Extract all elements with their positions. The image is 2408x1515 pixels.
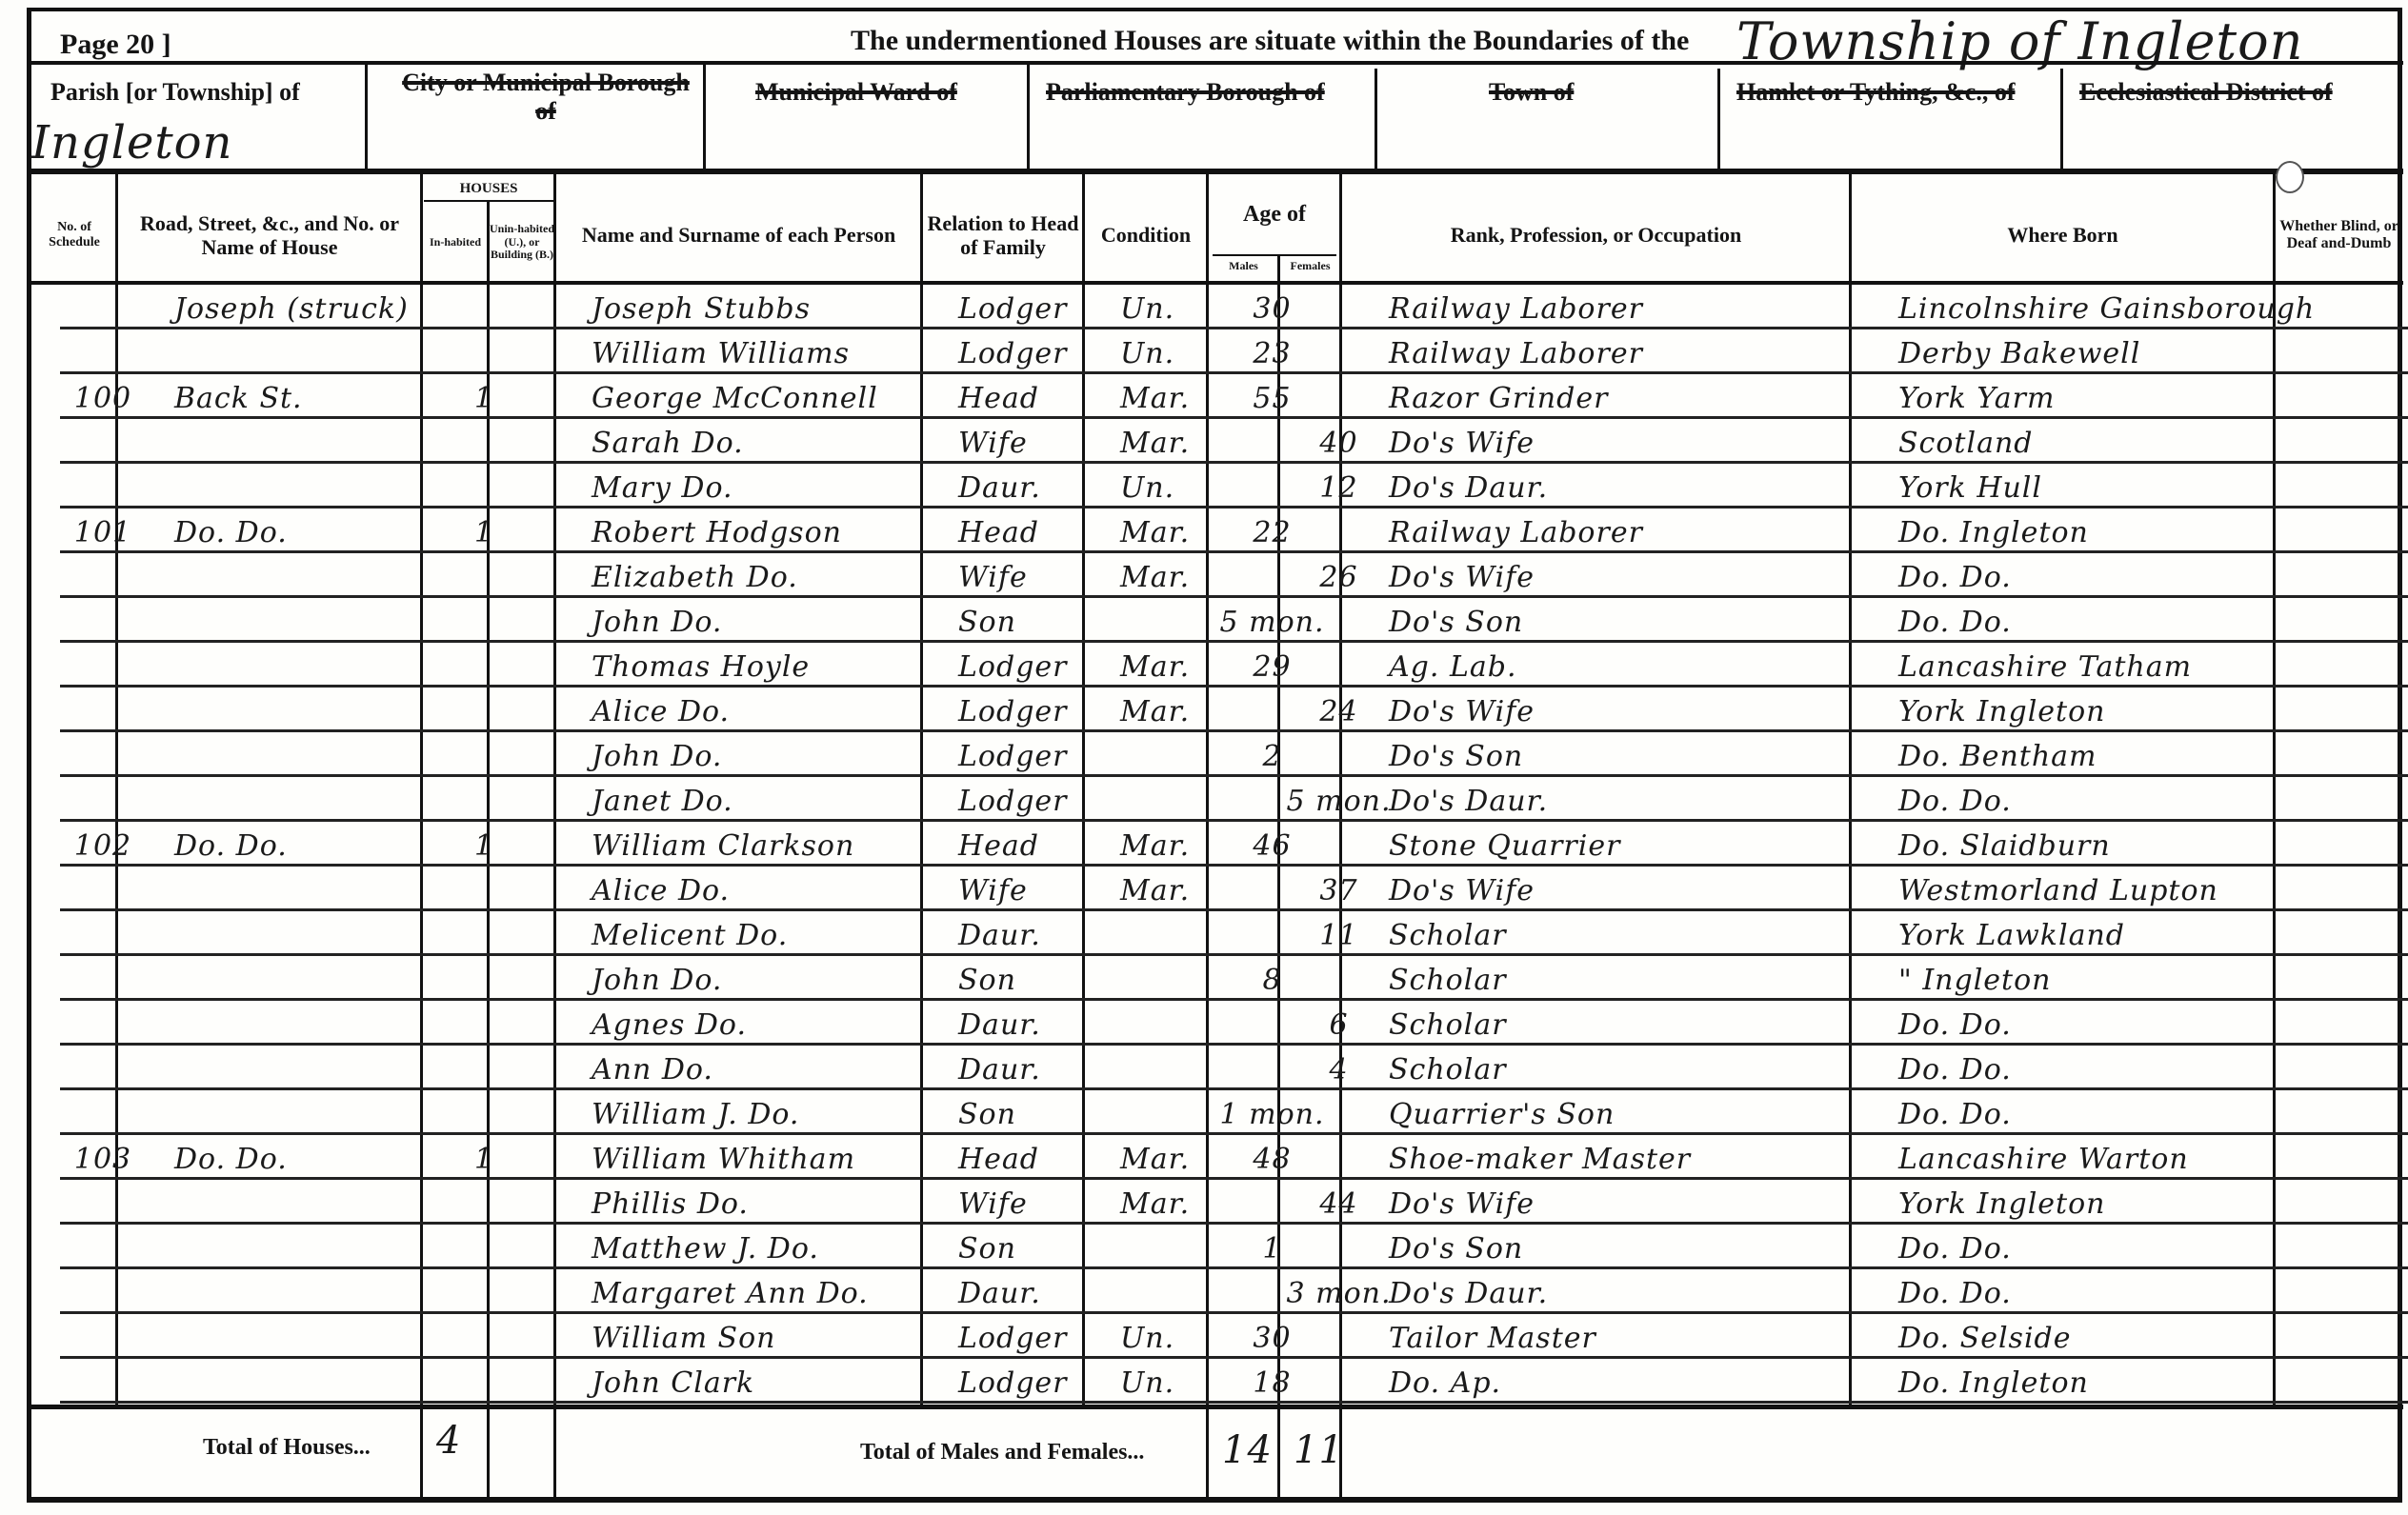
col-born: Where Born [1851,188,2275,283]
division-parish-value: Ingleton [31,116,232,169]
blind-deaf [2303,732,2408,777]
birthplace: York Lawkland [1879,911,2303,956]
occupation: Do's Wife [1370,419,1879,464]
female-age: 6 [1308,1001,1370,1046]
condition: Mar. [1113,553,1236,598]
birthplace: Lancashire Warton [1879,1135,2303,1180]
condition [1113,598,1236,643]
col-name: Name and Surname of each Person [555,188,922,283]
blind-deaf [2303,1180,2408,1225]
inhabited-count [451,956,517,1001]
occupation: Railway Laborer [1370,329,1879,374]
divider [1375,69,1377,169]
birthplace: York Ingleton [1879,1180,2303,1225]
relation: Daur. [951,464,1113,508]
road-name [146,911,451,956]
schedule-number [60,1359,146,1404]
road-name [146,1314,451,1359]
road-name [146,688,451,732]
inhabited-count [451,1225,517,1269]
inhabited-count [451,1269,517,1314]
inhabited-count [451,553,517,598]
condition: Un. [1113,285,1236,329]
col-inhabited: In-habited [422,202,489,283]
road-name [146,1180,451,1225]
inhabited-count: 1 [451,374,517,419]
col-age: Age of [1208,202,1341,228]
condition: Un. [1113,464,1236,508]
blind-deaf [2303,1001,2408,1046]
table-row: 103Do. Do.1William WhithamHeadMar.48Shoe… [60,1135,2408,1180]
total-females-value: 11 [1294,1428,1344,1472]
birthplace: York Ingleton [1879,688,2303,732]
person-name: Melicent Do. [584,911,951,956]
uninhabited-count [517,1090,584,1135]
relation: Daur. [951,911,1113,956]
male-age [1236,464,1308,508]
page-number: Page 20 ] [60,29,171,61]
relation: Lodger [951,285,1113,329]
occupation: Do's Daur. [1370,1269,1879,1314]
uninhabited-count [517,419,584,464]
condition: Un. [1113,329,1236,374]
relation: Head [951,508,1113,553]
col-road: Road, Street, &c., and No. or Name of Ho… [117,188,422,283]
relation: Wife [951,1180,1113,1225]
condition: Mar. [1113,419,1236,464]
occupation: Shoe-maker Master [1370,1135,1879,1180]
relation: Wife [951,553,1113,598]
table-row: Janet Do.Lodger5 mon.Do's Daur.Do. Do. [60,777,2408,822]
table-row: Alice Do.WifeMar.37Do's WifeWestmorland … [60,867,2408,911]
inhabited-count [451,911,517,956]
inhabited-count [451,1180,517,1225]
inhabited-count [451,867,517,911]
person-name: John Do. [584,598,951,643]
uninhabited-count [517,1180,584,1225]
occupation: Do's Wife [1370,553,1879,598]
blind-deaf [2303,285,2408,329]
person-name: Mary Do. [584,464,951,508]
division-town: Town of [1489,78,1574,107]
uninhabited-count [517,285,584,329]
division-ecclesiastical: Ecclesiastical District of [2079,78,2333,107]
female-age [1308,1225,1370,1269]
relation: Daur. [951,1001,1113,1046]
total-males-value: 14 [1222,1428,1273,1472]
table-row: Elizabeth Do.WifeMar.26Do's WifeDo. Do. [60,553,2408,598]
col-females: Females [1279,259,1341,273]
blind-deaf [2303,1046,2408,1090]
occupation: Do's Wife [1370,1180,1879,1225]
female-age: 40 [1308,419,1370,464]
male-age: 48 [1236,1135,1308,1180]
uninhabited-count [517,688,584,732]
relation: Lodger [951,732,1113,777]
person-name: Alice Do. [584,688,951,732]
birthplace: Do. Do. [1879,1269,2303,1314]
total-persons-label: Total of Males and Females... [860,1440,1144,1465]
table-row: Joseph (struck)Joseph StubbsLodgerUn.30R… [60,285,2408,329]
col-houses: HOUSES [422,181,555,197]
road-name [146,464,451,508]
relation: Lodger [951,1359,1113,1404]
relation: Head [951,374,1113,419]
table-row: Agnes Do.Daur.6ScholarDo. Do. [60,1001,2408,1046]
male-age: 5 mon. [1236,598,1308,643]
person-name: Elizabeth Do. [584,553,951,598]
female-age: 4 [1308,1046,1370,1090]
condition [1113,777,1236,822]
relation: Wife [951,419,1113,464]
divider [2060,69,2063,169]
divider [31,169,2403,174]
road-name: Joseph (struck) [146,285,451,329]
male-age [1236,911,1308,956]
condition: Mar. [1113,688,1236,732]
condition [1113,956,1236,1001]
schedule-number [60,1269,146,1314]
uninhabited-count [517,777,584,822]
inhabited-count [451,285,517,329]
male-age [1236,1046,1308,1090]
inhabited-count [451,598,517,643]
road-name: Do. Do. [146,822,451,867]
male-age: 1 [1236,1225,1308,1269]
relation: Head [951,822,1113,867]
person-name: Ann Do. [584,1046,951,1090]
division-borough: City or Municipal Borough of [393,69,698,126]
male-age: 30 [1236,1314,1308,1359]
occupation: Stone Quarrier [1370,822,1879,867]
inhabited-count [451,1001,517,1046]
male-age: 2 [1236,732,1308,777]
birthplace: Do. Slaidburn [1879,822,2303,867]
table-row: Margaret Ann Do.Daur.3 mon.Do's Daur.Do.… [60,1269,2408,1314]
road-name [146,1225,451,1269]
road-name [146,553,451,598]
male-age [1236,867,1308,911]
road-name [146,598,451,643]
col-condition: Condition [1084,188,1208,283]
birthplace: Do. Do. [1879,777,2303,822]
male-age [1236,1180,1308,1225]
person-name: John Do. [584,732,951,777]
blind-deaf [2303,688,2408,732]
schedule-number: 102 [60,822,146,867]
road-name [146,777,451,822]
male-age: 18 [1236,1359,1308,1404]
table-row: John Do.Son8Scholar" Ingleton [60,956,2408,1001]
col-relation: Relation to Head of Family [922,188,1084,283]
relation: Lodger [951,777,1113,822]
occupation: Do's Son [1370,1225,1879,1269]
relation: Lodger [951,329,1113,374]
condition: Mar. [1113,508,1236,553]
blind-deaf [2303,374,2408,419]
uninhabited-count [517,867,584,911]
table-row: William SonLodgerUn.30Tailor MasterDo. S… [60,1314,2408,1359]
inhabited-count [451,732,517,777]
road-name: Do. Do. [146,1135,451,1180]
male-age [1236,419,1308,464]
uninhabited-count [517,643,584,688]
occupation: Quarrier's Son [1370,1090,1879,1135]
division-hamlet: Hamlet or Tything, &c., of [1736,78,2015,107]
road-name [146,867,451,911]
road-name: Back St. [146,374,451,419]
person-name: Phillis Do. [584,1180,951,1225]
occupation: Do's Wife [1370,688,1879,732]
occupation: Railway Laborer [1370,285,1879,329]
schedule-number [60,1090,146,1135]
divider [365,64,368,169]
birthplace: Do. Do. [1879,553,2303,598]
inhabited-count [451,464,517,508]
division-parliamentary: Parliamentary Borough of [1046,78,1325,107]
male-age: 8 [1236,956,1308,1001]
uninhabited-count [517,1001,584,1046]
birthplace: Do. Do. [1879,1225,2303,1269]
inhabited-count: 1 [451,822,517,867]
blind-deaf [2303,598,2408,643]
uninhabited-count [517,1225,584,1269]
male-age [1236,688,1308,732]
person-name: Alice Do. [584,867,951,911]
road-name [146,1090,451,1135]
schedule-number: 103 [60,1135,146,1180]
occupation: Do's Daur. [1370,464,1879,508]
schedule-number [60,1314,146,1359]
person-name: John Clark [584,1359,951,1404]
uninhabited-count [517,1269,584,1314]
person-name: William Clarkson [584,822,951,867]
occupation: Ag. Lab. [1370,643,1879,688]
uninhabited-count [517,732,584,777]
relation: Lodger [951,1314,1113,1359]
birthplace: Westmorland Lupton [1879,867,2303,911]
schedule-number [60,1001,146,1046]
table-row: Alice Do.LodgerMar.24Do's WifeYork Ingle… [60,688,2408,732]
inhabited-count [451,419,517,464]
relation: Wife [951,867,1113,911]
table-row: 102Do. Do.1William ClarksonHeadMar.46Sto… [60,822,2408,867]
relation: Daur. [951,1046,1113,1090]
female-age [1308,822,1370,867]
schedule-number [60,956,146,1001]
person-name: Margaret Ann Do. [584,1269,951,1314]
female-age: 11 [1308,911,1370,956]
divider [703,64,706,169]
relation: Son [951,956,1113,1001]
division-parish: Parish [or Township] of [50,78,300,107]
schedule-number: 100 [60,374,146,419]
male-age: 29 [1236,643,1308,688]
road-name [146,732,451,777]
condition [1113,732,1236,777]
female-age: 3 mon. [1308,1269,1370,1314]
relation: Lodger [951,688,1113,732]
occupation: Do. Ap. [1370,1359,1879,1404]
female-age: 12 [1308,464,1370,508]
blind-deaf [2303,822,2408,867]
person-name: Robert Hodgson [584,508,951,553]
male-age: 46 [1236,822,1308,867]
birthplace: Do. Bentham [1879,732,2303,777]
table-row: William J. Do.Son1 mon.Quarrier's SonDo.… [60,1090,2408,1135]
total-houses-label: Total of Houses... [203,1435,371,1461]
blind-deaf [2303,1314,2408,1359]
person-name: John Do. [584,956,951,1001]
table-row: 101Do. Do.1Robert HodgsonHeadMar.22Railw… [60,508,2408,553]
road-name [146,956,451,1001]
uninhabited-count [517,1359,584,1404]
person-name: Sarah Do. [584,419,951,464]
occupation: Scholar [1370,956,1879,1001]
col-males: Males [1208,259,1279,273]
road-name [146,1046,451,1090]
female-age [1308,598,1370,643]
table-row: Melicent Do.Daur.11ScholarYork Lawkland [60,911,2408,956]
female-age [1308,1090,1370,1135]
division-ward: Municipal Ward of [755,78,957,107]
table-row: Mary Do.Daur.Un.12Do's Daur.York Hull [60,464,2408,508]
table-row: Phillis Do.WifeMar.44Do's WifeYork Ingle… [60,1180,2408,1225]
occupation: Do's Son [1370,598,1879,643]
uninhabited-count [517,1046,584,1090]
female-age: 26 [1308,553,1370,598]
person-name: William J. Do. [584,1090,951,1135]
person-name: Joseph Stubbs [584,285,951,329]
female-age: 44 [1308,1180,1370,1225]
male-age [1236,1001,1308,1046]
divider [1027,64,1030,169]
uninhabited-count [517,329,584,374]
male-age: 22 [1236,508,1308,553]
birthplace: Do. Do. [1879,598,2303,643]
person-name: William Williams [584,329,951,374]
condition [1113,1001,1236,1046]
col-occupation: Rank, Profession, or Occupation [1341,188,1851,283]
male-age: 30 [1236,285,1308,329]
birthplace: " Ingleton [1879,956,2303,1001]
schedule-number: 101 [60,508,146,553]
birthplace: Do. Ingleton [1879,1359,2303,1404]
occupation: Tailor Master [1370,1314,1879,1359]
person-name: Thomas Hoyle [584,643,951,688]
schedule-number [60,419,146,464]
inhabited-count [451,1314,517,1359]
female-age: 37 [1308,867,1370,911]
inhabited-count: 1 [451,508,517,553]
birthplace: Do. Do. [1879,1090,2303,1135]
occupation: Do's Daur. [1370,777,1879,822]
person-name: William Son [584,1314,951,1359]
uninhabited-count [517,508,584,553]
condition: Mar. [1113,643,1236,688]
divider [31,1405,2403,1409]
uninhabited-count [517,464,584,508]
person-name: Matthew J. Do. [584,1225,951,1269]
road-name [146,419,451,464]
divider [1717,69,1720,169]
female-age [1308,732,1370,777]
divider [31,61,2403,65]
col-blind: Whether Blind, or Deaf and-Dumb [2275,188,2403,283]
person-name: George McConnell [584,374,951,419]
relation: Head [951,1135,1113,1180]
birthplace: Lincolnshire Gainsborough [1879,285,2303,329]
female-age [1308,1135,1370,1180]
female-age [1308,508,1370,553]
condition: Mar. [1113,822,1236,867]
blind-deaf [2303,1090,2408,1135]
blind-deaf [2303,553,2408,598]
relation: Son [951,1090,1113,1135]
blind-deaf [2303,911,2408,956]
blind-deaf [2303,464,2408,508]
col-schedule: No. of Schedule [31,188,117,283]
relation: Son [951,598,1113,643]
blind-deaf [2303,777,2408,822]
condition [1113,911,1236,956]
person-name: Janet Do. [584,777,951,822]
schedule-number [60,1180,146,1225]
relation: Daur. [951,1269,1113,1314]
table-row: John Do.Son5 mon.Do's SonDo. Do. [60,598,2408,643]
road-name [146,1001,451,1046]
divider [1213,254,1336,256]
condition [1113,1046,1236,1090]
table-row: William WilliamsLodgerUn.23Railway Labor… [60,329,2408,374]
table-row: Matthew J. Do.Son1Do's SonDo. Do. [60,1225,2408,1269]
schedule-number [60,688,146,732]
schedule-number [60,867,146,911]
male-age: 23 [1236,329,1308,374]
col-uninhabited: Unin-habited (U.), or Building (B.) [489,202,555,283]
schedule-number [60,732,146,777]
condition: Mar. [1113,867,1236,911]
female-age [1308,643,1370,688]
uninhabited-count [517,911,584,956]
occupation: Scholar [1370,1046,1879,1090]
table-row: Thomas HoyleLodgerMar.29Ag. Lab.Lancashi… [60,643,2408,688]
road-name [146,1359,451,1404]
uninhabited-count [517,1135,584,1180]
condition: Mar. [1113,374,1236,419]
inhabited-count [451,643,517,688]
blind-deaf [2303,643,2408,688]
uninhabited-count [517,553,584,598]
occupation: Do's Wife [1370,867,1879,911]
occupation: Scholar [1370,1001,1879,1046]
schedule-number [60,553,146,598]
schedule-number [60,777,146,822]
road-name [146,329,451,374]
condition: Un. [1113,1314,1236,1359]
condition: Mar. [1113,1135,1236,1180]
table-row: 100Back St.1George McConnellHeadMar.55Ra… [60,374,2408,419]
occupation: Railway Laborer [1370,508,1879,553]
birthplace: York Hull [1879,464,2303,508]
female-age [1308,1359,1370,1404]
blind-deaf [2303,867,2408,911]
schedule-number [60,643,146,688]
road-name [146,643,451,688]
uninhabited-count [517,1314,584,1359]
inhabited-count: 1 [451,1135,517,1180]
male-age: 55 [1236,374,1308,419]
